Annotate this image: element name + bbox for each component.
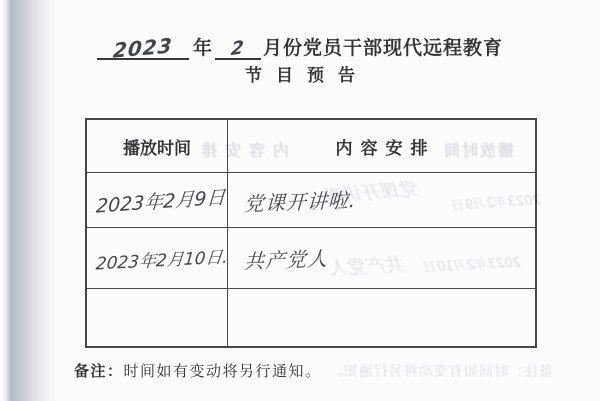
bleedthrough-footer-note: 备注：时间如有变动将另行通知。 (328, 361, 553, 381)
table-row-3-content (228, 289, 535, 346)
handwritten-program-2: 共产党人 (244, 242, 329, 274)
table-row-3-time (87, 289, 228, 346)
year-unit-label: 年 (193, 33, 213, 60)
footer-note: 备注：时间如有变动将另行通知。 (74, 360, 322, 381)
table-row-2-time: 2023年2月10日. (87, 228, 228, 289)
table-row-1-content: 党课开讲啦. (228, 173, 535, 228)
document-title-line1: 2023年2月份党员干部现代远程教育 (0, 33, 600, 60)
handwritten-program-1: 党课开讲啦. (244, 184, 357, 217)
handwritten-year: 2023 (112, 33, 174, 62)
title-suffix-label: 月份党员干部现代远程教育 (263, 33, 503, 60)
handwritten-date-1: 2023年2月9日 (95, 182, 226, 218)
scanned-document-page: 2023年2月份党员干部现代远程教育 节目预告 内容安排 播放时间 党课开讲啦 … (0, 0, 600, 401)
footer-note-label: 备注： (74, 364, 124, 380)
year-underline-blank: 2023 (97, 34, 189, 60)
column-header-broadcast-time: 播放时间 (87, 120, 228, 173)
handwritten-month: 2 (230, 37, 246, 60)
column-header-content-arrangement: 内容安排 (228, 120, 535, 173)
table-row-2-content: 共产党人 (228, 228, 535, 289)
table-row-1-time: 2023年2月9日 (87, 173, 228, 228)
handwritten-date-2: 2023年2月10日. (95, 242, 229, 274)
footer-note-text: 时间如有变动将另行通知。 (124, 364, 322, 380)
document-title-line2: 节目预告 (0, 61, 600, 86)
program-schedule-table: 播放时间 内容安排 2023年2月9日 党课开讲啦. 2023年2月10日. 共… (85, 118, 537, 348)
month-underline-blank: 2 (215, 34, 261, 60)
